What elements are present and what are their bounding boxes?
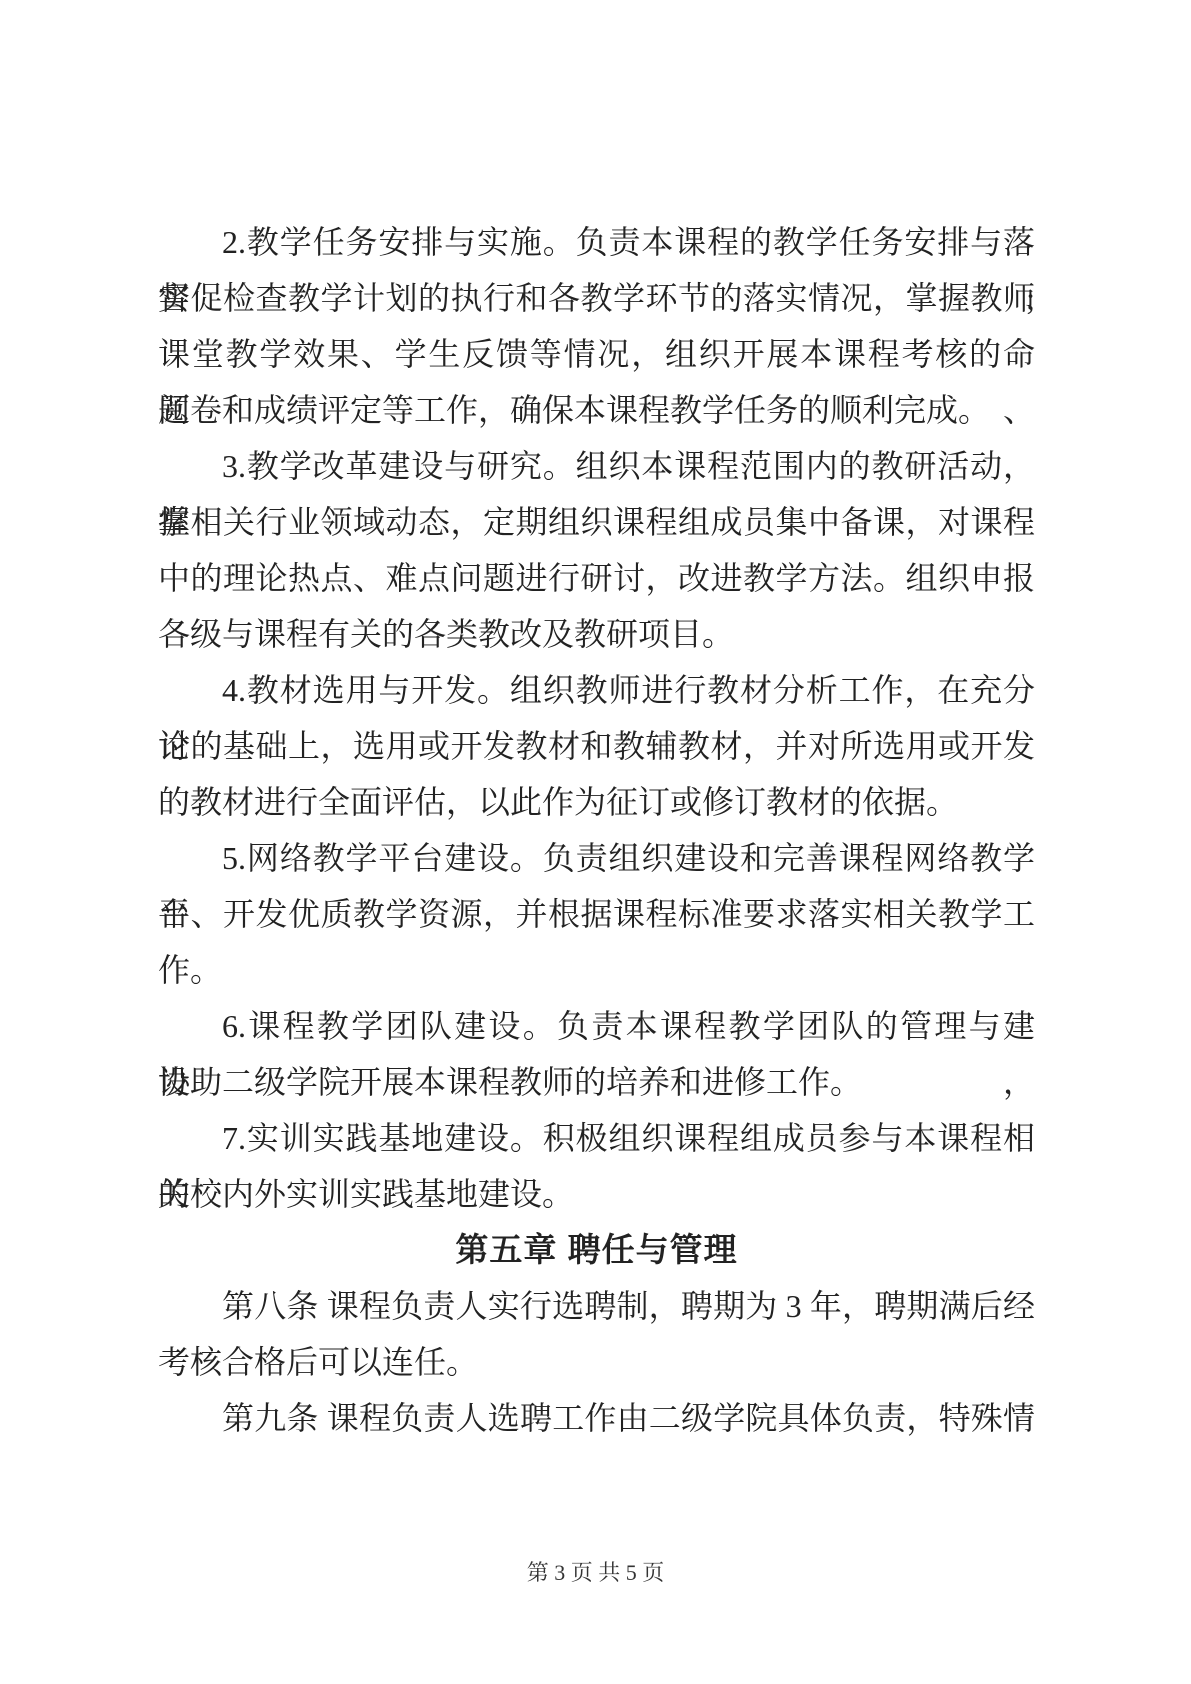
text-line: 台、开发优质教学资源，并根据课程标准要求落实相关教学工 (158, 886, 1035, 942)
text-line: 握相关行业领域动态，定期组织课程组成员集中备课，对课程 (158, 494, 1035, 550)
text-line: 的教材进行全面评估，以此作为征订或修订教材的依据。 (158, 774, 1035, 830)
text-line: 6.课程教学团队建设。负责本课程教学团队的管理与建设， (158, 998, 1035, 1054)
text-line: 作。 (158, 942, 1035, 998)
text-line: 中的理论热点、难点问题进行研讨，改进教学方法。组织申报 (158, 550, 1035, 606)
text-line: 3.教学改革建设与研究。组织本课程范围内的教研活动，掌 (158, 438, 1035, 494)
page-number: 第 3 页 共 5 页 (0, 1556, 1191, 1587)
text-line: 督促检查教学计划的执行和各教学环节的落实情况，掌握教师 (158, 270, 1035, 326)
text-line: 课堂教学效果、学生反馈等情况，组织开展本课程考核的命题、 (158, 326, 1035, 382)
text-line: 各级与课程有关的各类教改及教研项目。 (158, 606, 1035, 662)
text-line: 7.实训实践基地建设。积极组织课程组成员参与本课程相关 (158, 1110, 1035, 1166)
text-line: 4.教材选用与开发。组织教师进行教材分析工作，在充分讨 (158, 662, 1035, 718)
text-line: 考核合格后可以连任。 (158, 1334, 1035, 1390)
text-line: 的校内外实训实践基地建设。 (158, 1166, 1035, 1222)
text-line: 第九条 课程负责人选聘工作由二级学院具体负责，特殊情 (158, 1390, 1035, 1446)
text-line: 第八条 课程负责人实行选聘制，聘期为 3 年，聘期满后经 (158, 1278, 1035, 1334)
text-line: 阅卷和成绩评定等工作，确保本课程教学任务的顺利完成。 (158, 382, 1035, 438)
text-line: 2.教学任务安排与实施。负责本课程的教学任务安排与落实; (158, 214, 1035, 270)
text-line: 论的基础上，选用或开发教材和教辅教材，并对所选用或开发 (158, 718, 1035, 774)
document-page: 2.教学任务安排与实施。负责本课程的教学任务安排与落实;督促检查教学计划的执行和… (0, 0, 1191, 1684)
document-body: 2.教学任务安排与实施。负责本课程的教学任务安排与落实;督促检查教学计划的执行和… (158, 214, 1035, 1446)
text-line: 5.网络教学平台建设。负责组织建设和完善课程网络教学平 (158, 830, 1035, 886)
chapter-heading: 第五章 聘任与管理 (158, 1222, 1035, 1278)
